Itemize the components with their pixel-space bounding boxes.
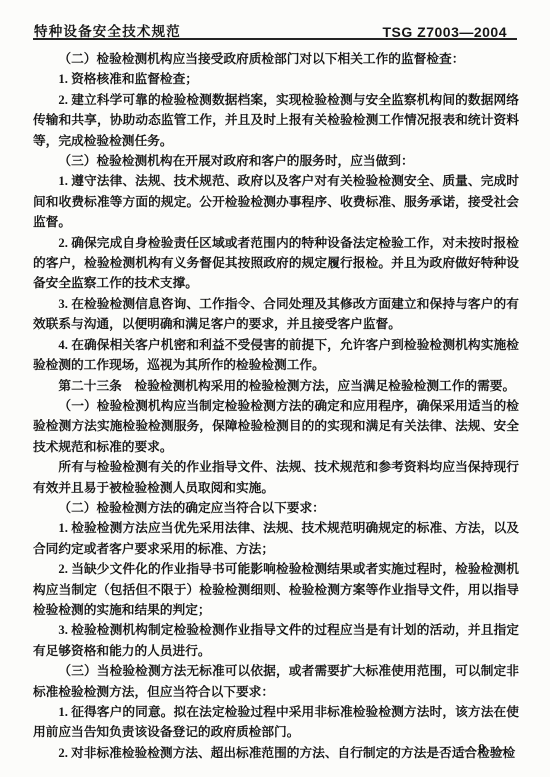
paragraph: 1. 资格核准和监督检查； [33,69,519,89]
paragraph: 2. 确保完成自身检验责任区域或者范围内的特种设备法定检验工作，对未按时报检的客… [33,233,519,294]
paragraph: （一）检验检测机构应当制定检验检测方法的确定和应用程序，确保采用适当的检验检测方… [33,396,519,457]
paragraph: 3. 检验检测机构制定检验检测作业指导文件的过程应当是有计划的活动，并且指定有足… [33,620,519,661]
header-spec-title: 特种设备安全技术规范 [34,20,181,40]
paragraph: 第二十三条 检验检测机构采用的检验检测方法，应当满足检验检测工作的需要。 [33,376,519,396]
paragraph: 1. 征得客户的同意。拟在法定检验过程中采用非标准检验检测方法时，该方法在使用前… [33,702,519,743]
paragraph: 1. 遵守法律、法规、技术规范、政府以及客户对有关检验检测安全、质量、完成时间和… [33,171,519,232]
paragraph: 2. 建立科学可靠的检验检测数据档案，实现检验检测与安全监察机构间的数据网络传输… [33,90,519,151]
paragraph: （三）检验检测机构在开展对政府和客户的服务时，应当做到： [33,151,519,171]
paragraph: 3. 在检验检测信息咨询、工作指令、合同处理及其修改方面建立和保持与客户的有效联… [33,294,519,335]
document-body: （二）检验检测机构应当接受政府质检部门对以下相关工作的监督检查：1. 资格核准和… [33,49,519,763]
paragraph: 2. 当缺少文件化的作业指导书可能影响检验检测结果或者实施过程时，检验检测机构应… [33,559,519,620]
header-divider [33,38,517,40]
paragraph: 1. 检验检测方法应当优先采用法律、法规、技术规范明确规定的标准、方法，以及合同… [33,518,519,559]
paragraph: （二）检验检测机构应当接受政府质检部门对以下相关工作的监督检查： [33,49,519,69]
paragraph: 所有与检验检测有关的作业指导文件、法规、技术规范和参考资料均应当保持现行有效并且… [33,457,519,498]
page-number: — 9 — [458,741,509,757]
article-number: 第二十三条 [58,379,121,393]
page-header: 特种设备安全技术规范 TSG Z7003—2004 [34,20,507,40]
paragraph: 4. 在确保相关客户机密和利益不受侵害的前提下，允许客户到检验检测机构实施检验检… [33,335,519,376]
paragraph: （二）检验检测方法的确定应当符合以下要求： [33,498,519,518]
document-page: 特种设备安全技术规范 TSG Z7003—2004 （二）检验检测机构应当接受政… [0,0,550,777]
paragraph: （三）当检验检测方法无标准可以依据，或者需要扩大标准使用范围，可以制定非标准检验… [33,661,519,702]
paragraph: 2. 对非标准检验检测方法、超出标准范围的方法、自行制定的方法是否适合检验检 [33,743,519,763]
